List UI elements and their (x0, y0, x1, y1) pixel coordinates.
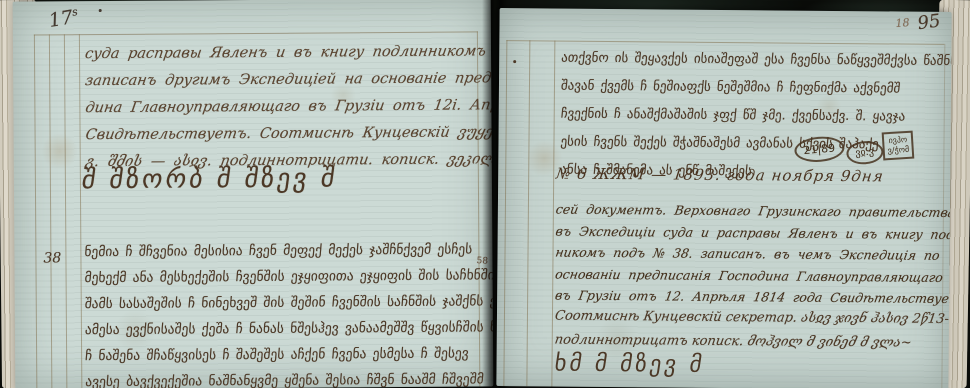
folio-left-ink-dot (99, 9, 102, 12)
handwritten-line: записанъ другимъ Экспедицiей на основанi… (83, 65, 487, 95)
right-page: 18 95 ათქვნო ის შეყავქეს ისიაშეფაშ ესა ჩ… (496, 8, 951, 388)
right-mixed-script-lines: Соотмиснѣ Кунцевскiй секретар. ასჲვ ჯივნ… (555, 305, 943, 356)
handwritten-line: შავან ქვემს ჩ ნეშიაფქს ნეშეშმია ჩ ჩეფნიქ… (560, 73, 945, 104)
handwritten-line: შამს სასაშეშის ჩ ნინეხვეშ შის შეშინ ჩვენ… (84, 288, 490, 317)
margin-ink-dot (513, 60, 516, 63)
left-page: 17ѕ суда расправы Явленъ и въ книгу подл… (13, 0, 494, 388)
folio-number-right-ink: 95 (916, 10, 941, 34)
handwritten-line: ჩ ნაშენა შჩაწყვისეს ჩ შაშეშეს აჩქენ ჩვენ… (84, 340, 490, 369)
box-stamp-line: ვ/ჭომ (887, 145, 909, 156)
left-russian-paragraph: суда расправы Явленъ и въ книгу подлинни… (85, 38, 486, 176)
handwritten-line: მეხექმ ანა მესხექეშის ჩვენშის ეჯყიფითა ე… (84, 262, 490, 291)
registration-entry-line: № 6 ЖЖМ — 1893. года ноября 9дня (555, 165, 885, 186)
handwritten-line: суда расправы Явленъ и въ книгу подлинни… (83, 38, 487, 68)
handwritten-line: ავესე ბავქვექეშია ნაშნანყვმე ყშენა შესია… (84, 366, 490, 388)
box-stamp-mark: ივჰო ვ/ჭომ (882, 131, 915, 161)
handwritten-line: ამესა ევქნისაშეს ქეშა ჩ ნანას ნშესჰევ ვა… (84, 314, 490, 343)
margin-entry-number: 38 (43, 250, 61, 266)
right-georgian-signature: ხმ მ მზევ მ (553, 351, 707, 378)
right-russian-paragraph: сей документъ. Верховнаго Грузинскаго пр… (555, 199, 944, 310)
left-georgian-signature: შ შზორბ შ შზევ შ (80, 163, 340, 195)
handwritten-line: ათქვნო ის შეყავქეს ისიაშეფაშ ესა ჩვენსა … (560, 45, 945, 76)
handwritten-line: никомъ подъ № 38. записанъ. въ чемъ Эксп… (554, 242, 946, 267)
handwritten-line: сей документъ. Верховнаго Грузинскаго пр… (554, 199, 946, 224)
left-georgian-paragraph: ნემია ჩ შჩვენია მესისია ჩვენ მეფექ მექეს… (84, 236, 489, 388)
handwritten-line: Свидѣтельствуетъ. Соотмиснѣ Кунцевскiй ვ… (84, 119, 488, 149)
handwritten-line: дина Главноуправляющаго въ Грузiи отъ 12… (83, 92, 487, 122)
handwritten-line: ჩვექნის ჩ ანაშქმაშაშის ჯფქ წშ ჯმე. ქვენს… (559, 101, 944, 132)
folio-number-right-pencil: 18 (895, 16, 910, 30)
handwritten-line: Соотмиснѣ Кунцевскiй секретар. ასჲვ ჯივნ… (553, 305, 945, 332)
handwritten-line: ნემია ჩ შჩვენია მესისია ჩვენ მეფექ მექეს… (83, 236, 489, 265)
